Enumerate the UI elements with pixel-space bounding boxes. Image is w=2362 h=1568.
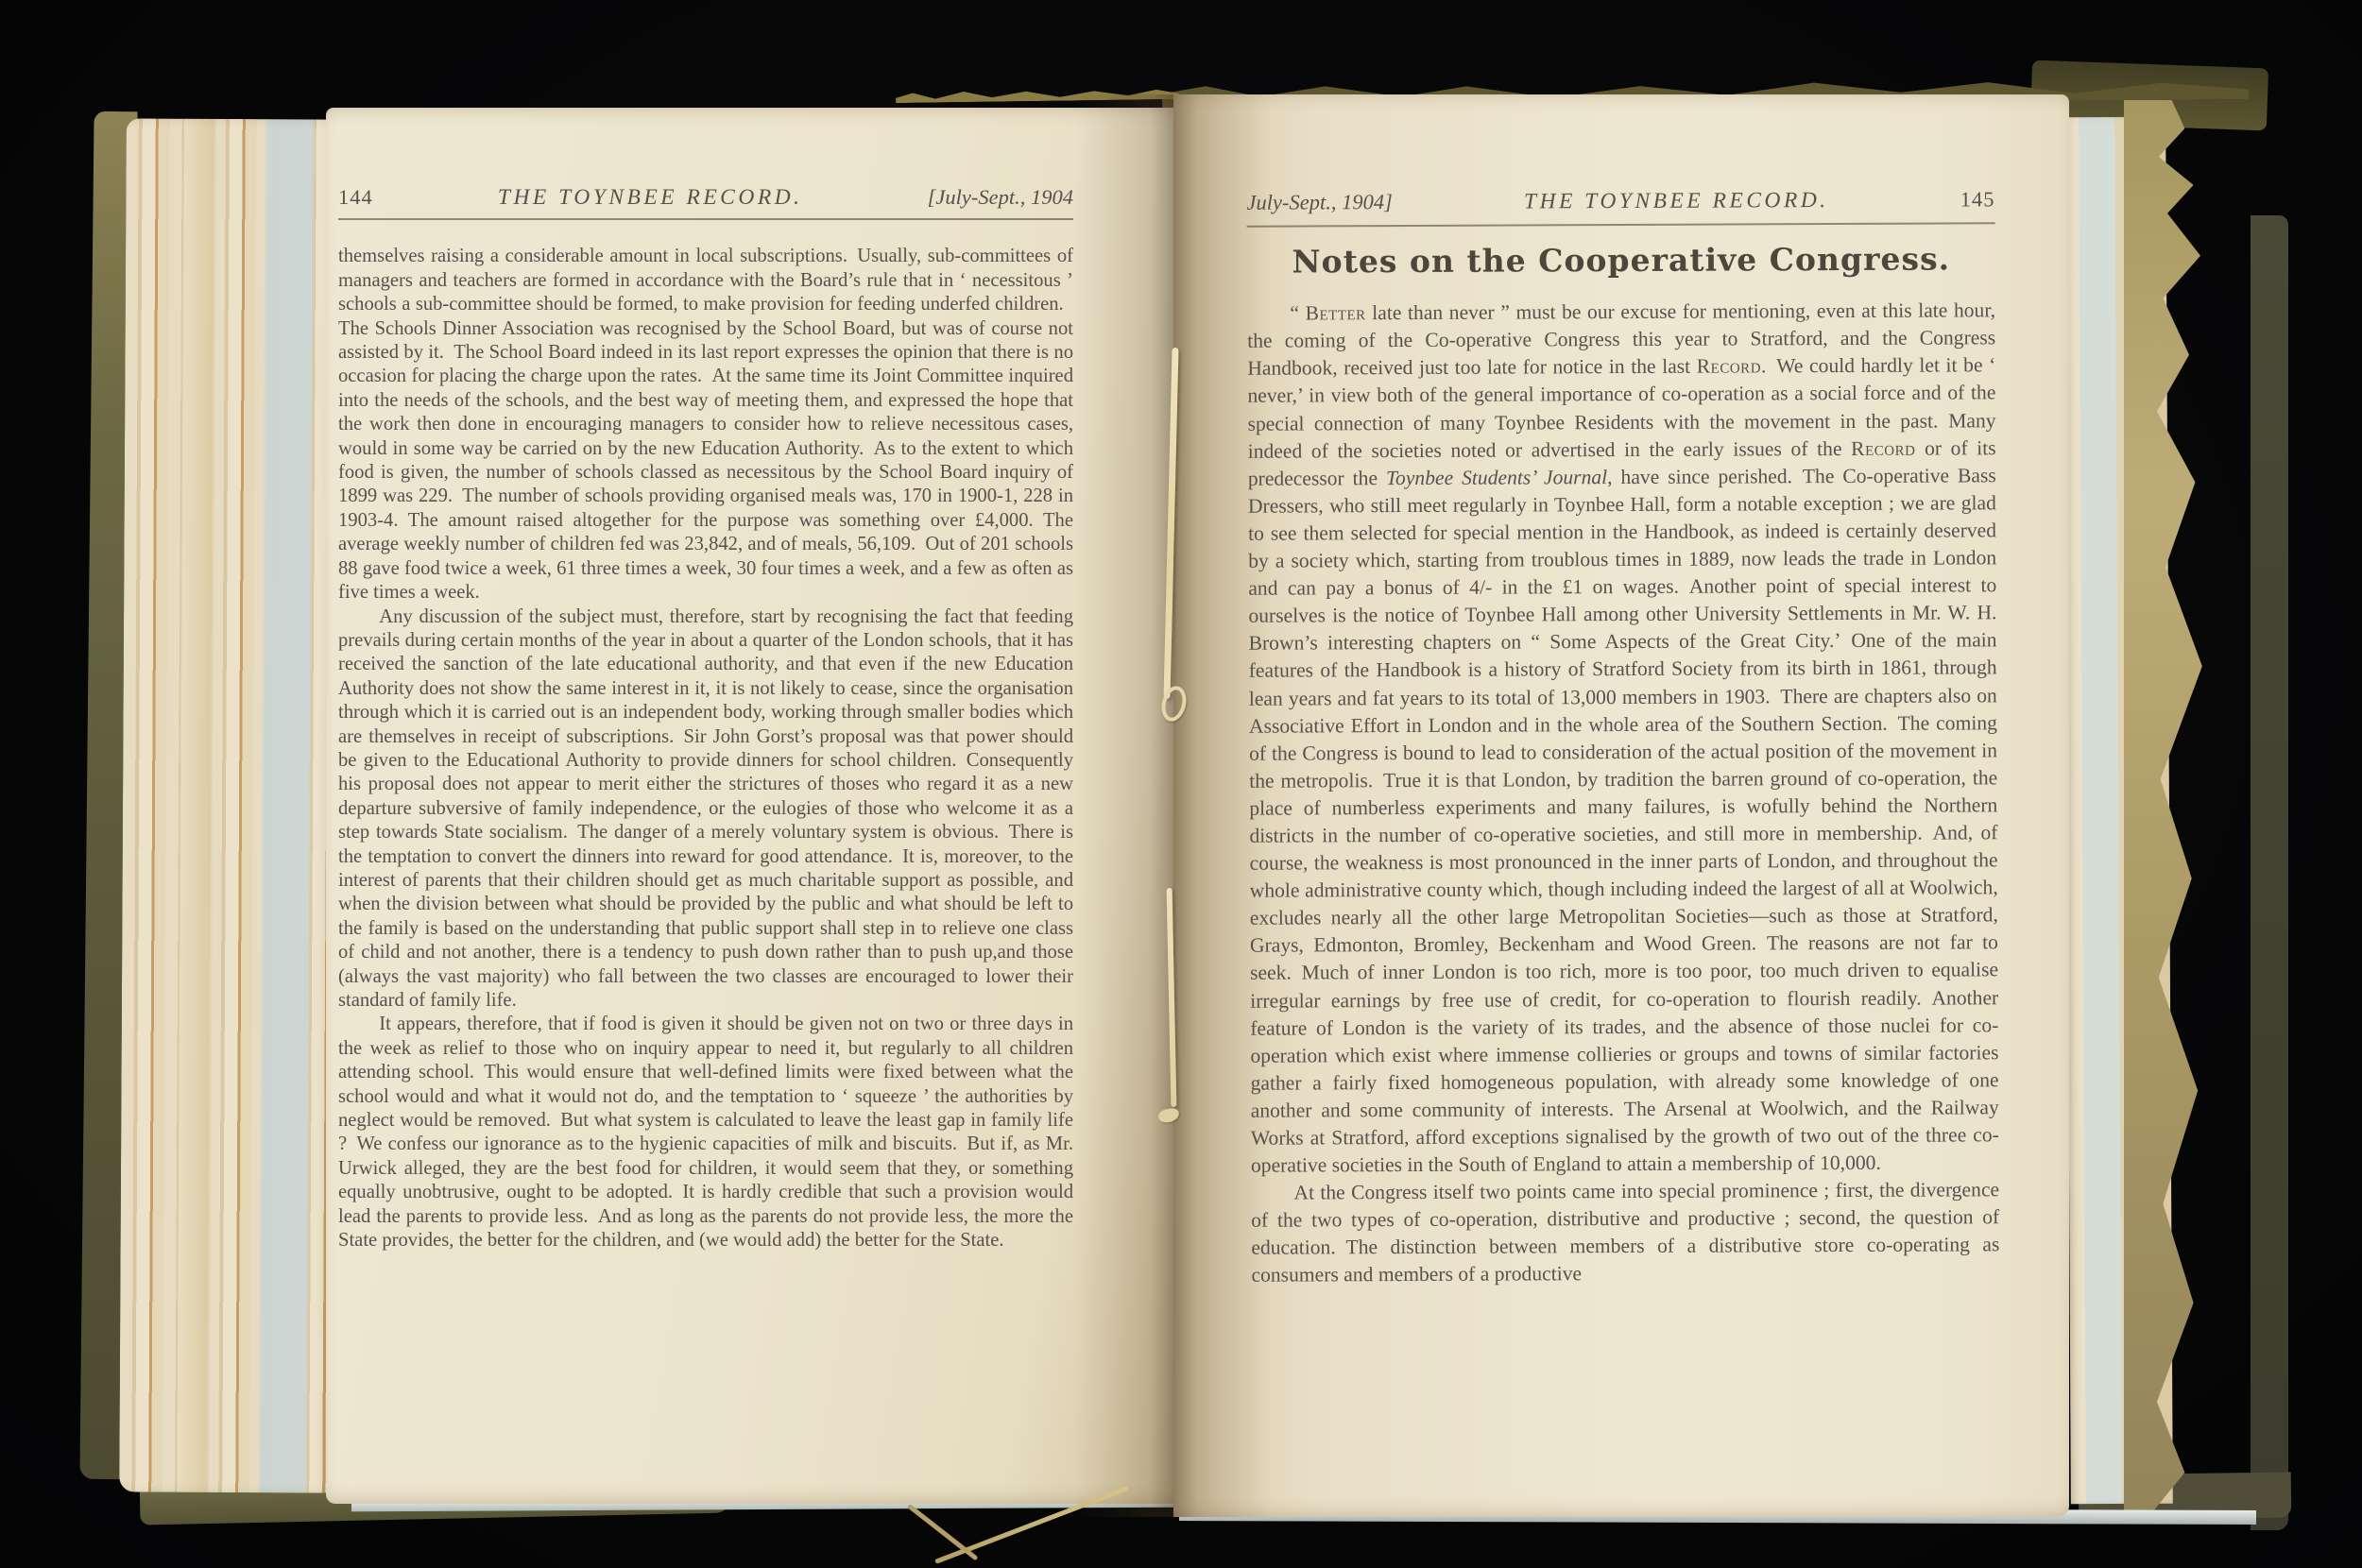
header-rule-left <box>338 218 1073 220</box>
issue-date-right: July-Sept., 1904] <box>1246 188 1392 216</box>
text-run-italic: Toynbee Students’ Journal <box>1386 466 1607 489</box>
text-run-smallcaps: Record <box>1851 436 1915 459</box>
torn-page-edges <box>2124 100 2211 1515</box>
photo-background: 144 THE TOYNBEE RECORD. [July-Sept., 190… <box>0 0 2362 1568</box>
text-run: “ <box>1290 302 1305 325</box>
header-rule-right <box>1247 222 1995 227</box>
page-145-running-header: July-Sept., 1904] THE TOYNBEE RECORD. 14… <box>1246 185 1994 217</box>
paragraph: “ Better late than never ” must be our e… <box>1247 297 1999 1179</box>
paragraph: themselves raising a considerable amount… <box>338 245 1073 605</box>
paragraph: At the Congress itself two points came i… <box>1251 1176 2000 1289</box>
issue-date-left: [July-Sept., 1904 <box>928 185 1073 209</box>
book-cover-right <box>2251 215 2288 1530</box>
page-145-body: “ Better late than never ” must be our e… <box>1247 297 2000 1289</box>
page-144-text: 144 THE TOYNBEE RECORD. [July-Sept., 190… <box>338 185 1073 1253</box>
journal-title-left: THE TOYNBEE RECORD. <box>498 186 803 210</box>
bookmark-cord-tail <box>907 1504 979 1561</box>
text-run: , have since perished. The Co-operative … <box>1248 464 1999 1177</box>
page-145-text: July-Sept., 1904] THE TOYNBEE RECORD. 14… <box>1246 185 1999 1289</box>
text-run-smallcaps: Record <box>1697 355 1761 378</box>
paragraph: Any discussion of the subject must, ther… <box>338 605 1073 1014</box>
page-144-running-header: 144 THE TOYNBEE RECORD. [July-Sept., 190… <box>338 185 1073 210</box>
article-title: Notes on the Cooperative Congress. <box>1247 245 1995 276</box>
paragraph: It appears, therefore, that if food is g… <box>338 1013 1073 1253</box>
page-144-body: themselves raising a considerable amount… <box>338 245 1073 1253</box>
page-edges-left <box>119 118 338 1492</box>
page-number-left: 144 <box>338 185 373 209</box>
text-run-smallcaps: Better <box>1306 301 1366 324</box>
top-page-edge-gilt <box>896 87 1179 103</box>
journal-title-right: THE TOYNBEE RECORD. <box>1524 187 1829 216</box>
page-number-right: 145 <box>1960 185 1995 213</box>
open-book: 144 THE TOYNBEE RECORD. [July-Sept., 190… <box>85 74 2206 1524</box>
